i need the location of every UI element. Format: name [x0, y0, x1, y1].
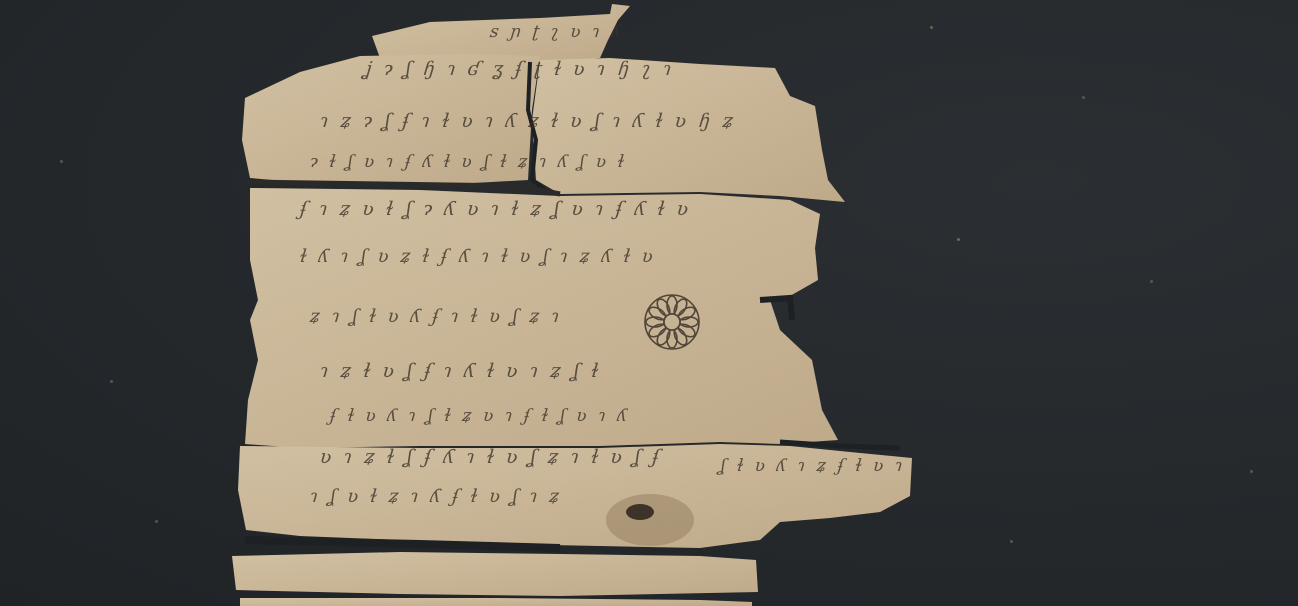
script-line: ɿ ʑ ɫ ʋ ʆ ʄ ɿ ʎ ɫ ʋ ɿ ʑ ʆ ɫ [319, 360, 603, 382]
script-line: ʑ ɿ ʆ ɫ ʋ ʎ ʄ ɿ ɫ ʋ ʆ ʑ ɿ [309, 306, 564, 327]
script-line: ꜱ ɲ ʈ ʅ ʋ ɿ ʎ [489, 22, 625, 42]
script-line: ʄ ɫ ʋ ʎ ɿ ʆ ɫ ʑ ʋ ɿ ʄ ɫ ʆ ʋ ɿ ʎ [329, 406, 631, 426]
script-line: ɿ ʑ ɂ ʆ ʄ ɿ ɫ ʋ ɿ ʎ ʑ ɫ ʋ ʆ ɿ ʎ ɫ ʋ ɧ ʑ [319, 110, 738, 132]
script-line: ɫ ʎ ɿ ʆ ʋ ʑ ɫ ʄ ʎ ɿ ɫ ʋ ʆ ɿ ʑ ʎ ɫ ʋ [299, 246, 657, 267]
script-line: ɂ ɫ ʆ ʋ ɿ ʄ ʎ ɫ ʋ ʆ ɫ ʑ ɿ ʎ ʆ ʋ ɫ [309, 152, 628, 172]
script-line: ʝ ɂ ʆ ɧ ɿ ʛ ʓ ʄ ʈ ɫ ʋ ɿ ɧ ʅ ɿ [364, 58, 676, 80]
script-line: ʋ ɿ ʑ ɫ ʆ ʄ ʎ ɿ ɫ ʋ ʆ ʑ ɿ ɫ ʋ ʆ ʄ [319, 446, 664, 468]
bark-fragment [0, 0, 1298, 606]
manuscript-photo: ꜱ ɲ ʈ ʅ ʋ ɿ ʎ ʝ ɂ ʆ ɧ ɿ ʛ ʓ ʄ ʈ ɫ ʋ ɿ ɧ … [0, 0, 1298, 606]
script-line: ʄ ɿ ʑ ʋ ɫ ʆ ɂ ʎ ʋ ɿ ɫ ʑ ʆ ʋ ɿ ʄ ʎ ɫ ʋ [299, 198, 693, 220]
script-line: ʆ ɫ ʋ ʎ ɿ ʑ ʄ ɫ ʋ ɿ [719, 456, 907, 476]
script-line: ɿ ʆ ʋ ɫ ʑ ɿ ʎ ʄ ɫ ʋ ʆ ɿ ʑ [309, 486, 564, 507]
